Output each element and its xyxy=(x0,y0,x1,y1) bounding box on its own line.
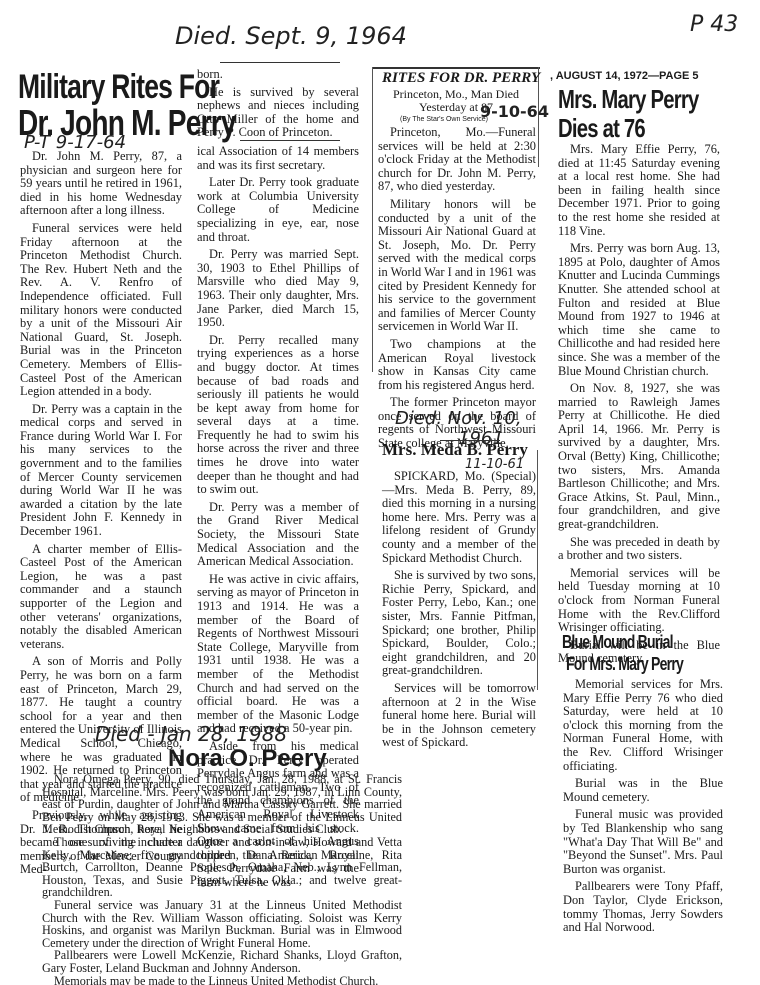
dateline: , AUGUST 14, 1972—PAGE 5 xyxy=(550,70,699,82)
paragraph: Funeral music was provided by Ted Blanke… xyxy=(563,808,723,876)
column-border xyxy=(537,450,538,690)
article-body: Mrs. Mary Effie Perry, 76, died at 11:45… xyxy=(558,143,720,670)
paragraph: Burial was in the Blue Mound cemetery. xyxy=(563,777,723,804)
headline-line2: Dies at 76 xyxy=(558,113,645,144)
paragraph: Pallbearers were Lowell McKenzie, Richar… xyxy=(42,949,402,974)
paragraph: Later Dr. Perry took graduate work at Co… xyxy=(197,176,359,244)
paragraph: Dr. Perry was a member of the Grand Rive… xyxy=(197,501,359,569)
headline-line1: Mrs. Mary Perry xyxy=(558,84,698,115)
paragraph: Memorial services will be held Tuesday m… xyxy=(558,567,720,635)
divider xyxy=(372,67,540,69)
column-border xyxy=(372,67,373,372)
paragraph: Mrs. Perry was born Aug. 13, 1895 at Pol… xyxy=(558,242,720,378)
paragraph: ical Association of 14 members and was i… xyxy=(197,145,359,172)
paragraph: Funeral services were held Friday aftern… xyxy=(20,222,182,399)
paragraph: She was preceded in death by a brother a… xyxy=(558,536,720,563)
paragraph: Dr. Perry was married Sept. 30, 1903 to … xyxy=(197,248,359,330)
paragraph: Military honors will be conducted by a u… xyxy=(378,198,536,334)
paragraph: Funeral service was January 31 at the Li… xyxy=(42,899,402,949)
byline: (By The Star's Own Service) xyxy=(400,116,488,123)
article-body: Princeton, Mo.—Funeral services will be … xyxy=(378,126,536,455)
headline-line2: For Mrs. Mary Perry xyxy=(566,654,683,675)
paragraph: Dr. John M. Perry, 87, a physician and s… xyxy=(20,150,182,218)
headline: RITES FOR DR. PERRY xyxy=(382,70,540,87)
paragraph: born. xyxy=(197,68,359,82)
paragraph: She is survived by two sons, Richie Perr… xyxy=(382,569,536,678)
handwritten-star-date: 9-10-64 xyxy=(480,102,549,121)
article-body: Memorial services for Mrs. Mary Effie Pe… xyxy=(563,678,723,939)
paragraph: SPICKARD, Mo. (Special)—Mrs. Meda B. Per… xyxy=(382,470,536,565)
paragraph: On Nov. 8, 1927, she was married to Rawl… xyxy=(558,382,720,532)
article-body: SPICKARD, Mo. (Special)—Mrs. Meda B. Per… xyxy=(382,470,536,754)
paragraph: He was active in civic affairs, serving … xyxy=(197,573,359,736)
paragraph: Pallbearers were Tony Pfaff, Don Taylor,… xyxy=(563,880,723,934)
handwritten-death-date: Died - Jan 28, 1988 xyxy=(95,722,287,746)
paragraph: Memorial services for Mrs. Mary Effie Pe… xyxy=(563,678,723,773)
paragraph: A charter member of Ellis-Casteel Post o… xyxy=(20,543,182,652)
handwritten-page-number: P 43 xyxy=(690,12,738,37)
paragraph: Memorials may be made to the Linneus Uni… xyxy=(42,975,402,985)
paragraph: Dr. Perry recalled many trying experienc… xyxy=(197,334,359,497)
headline: Nora O. Peery xyxy=(168,745,327,773)
handwritten-death-date: Died. Nov. 10, xyxy=(395,408,522,429)
divider xyxy=(220,62,340,63)
article-body: Nora Omega Peery, 90, died Thursday, Jan… xyxy=(42,773,402,985)
paragraph: Those surviving include a daughter and s… xyxy=(42,836,402,899)
headline-line1: Blue Mound Burial xyxy=(562,632,673,653)
paragraph: Services will be tomorrow afternoon at 2… xyxy=(382,682,536,750)
paragraph: He is survived by several nephews and ni… xyxy=(197,86,359,140)
paragraph: Dr. Perry was a captain in the medical c… xyxy=(20,403,182,539)
paragraph: Two champions at the American Royal live… xyxy=(378,338,536,392)
paragraph: Princeton, Mo.—Funeral services will be … xyxy=(378,126,536,194)
paragraph: Mrs. Mary Effie Perry, 76, died at 11:45… xyxy=(558,143,720,238)
handwritten-death-date: Died. Sept. 9, 1964 xyxy=(175,22,407,50)
divider xyxy=(240,140,340,141)
paragraph: Nora Omega Peery, 90, died Thursday, Jan… xyxy=(42,773,402,836)
article-column-2-top: born. He is survived by several nephews … xyxy=(197,68,359,144)
